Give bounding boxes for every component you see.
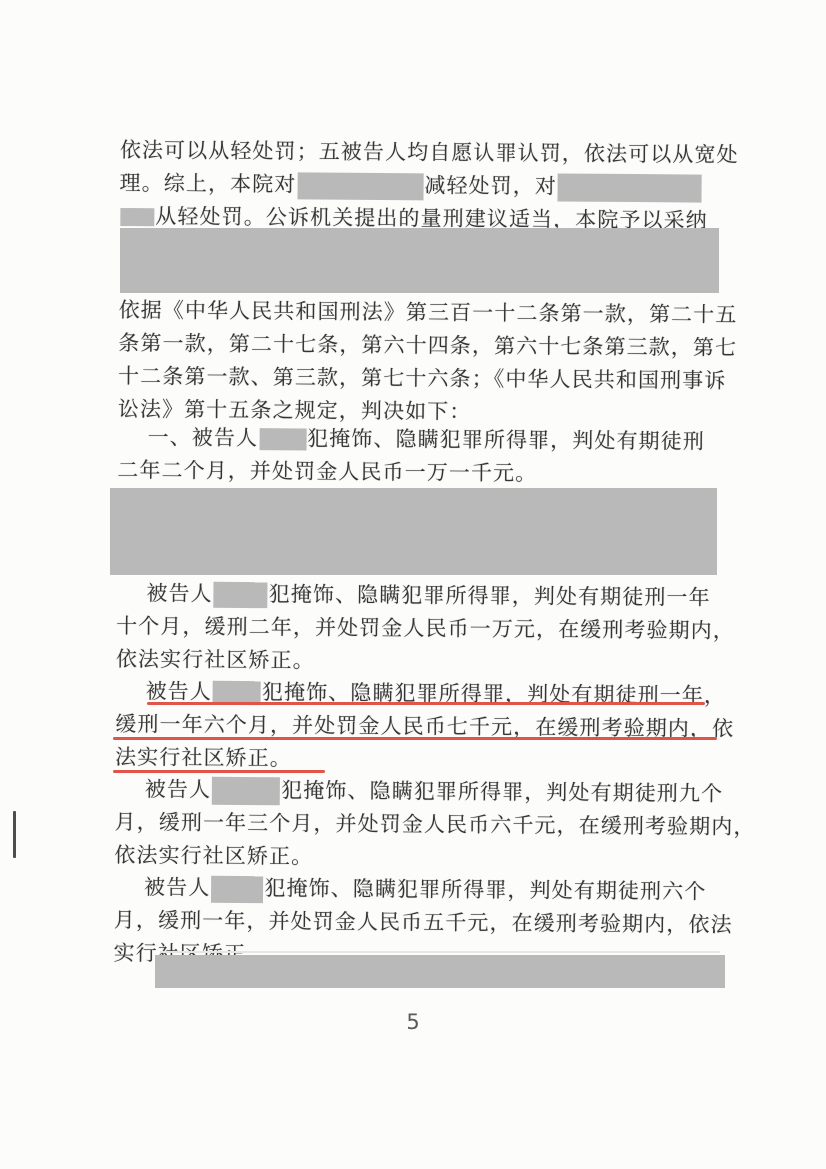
scan-streak	[160, 951, 720, 953]
paragraph-verdict-item-4: 被告人犯掩饰、隐瞒犯罪所得罪，判处有期徒刑九个月，缓刑一年三个月，并处罚金人民币…	[114, 773, 725, 877]
text-line: 月，缓刑一年，并处罚金人民币五千元，在缓刑考验期内，依法	[114, 904, 724, 942]
text-run: 减轻处罚，对	[424, 173, 557, 198]
red-underline	[113, 737, 717, 740]
text-run: 依法可以从轻处罚；五被告人均自愿认罪认罚，依法可以从宽处	[120, 138, 739, 167]
redaction-box	[259, 428, 306, 450]
redaction-block-middle	[110, 488, 717, 575]
text-run: 犯掩饰、隐瞒犯罪所得罪，判处有期徒刑九个	[281, 778, 723, 805]
text-run: 犯掩饰、隐瞒犯罪所得罪，判处有期徒刑六个	[264, 876, 706, 903]
redaction-box	[214, 582, 268, 608]
paragraph-verdict-item-3-underlined: 被告人犯掩饰、隐瞒犯罪所得罪，判处有期徒刑一年，缓刑一年六个月，并处罚金人民币七…	[115, 675, 726, 779]
text-line: 被告人犯掩饰、隐瞒犯罪所得罪，判处有期徒刑一年，	[115, 675, 725, 713]
redaction-block-top	[120, 228, 719, 293]
text-line: 二年二个月，并处罚金人民币一万一千元。	[117, 454, 727, 492]
text-line: 一、被告人犯掩饰、隐瞒犯罪所得罪，判处有期徒刑	[117, 421, 727, 459]
text-run: 月，缓刑一年三个月，并处罚金人民币六千元，在缓刑考验期内，	[115, 810, 756, 839]
redaction-box	[212, 777, 280, 806]
page-number: 5	[0, 1006, 826, 1039]
paragraph-statute-basis: 依据《中华人民共和国刑法》第三百一十二条第一款，第二十五条第一款，第二十七条，第…	[118, 294, 729, 431]
text-run: 月，缓刑一年，并处罚金人民币五千元，在缓刑考验期内，依法	[114, 908, 733, 937]
redaction-box	[211, 875, 263, 902]
text-line: 条第一款，第二十七条，第六十四条，第六十七条第三款，第七	[118, 327, 728, 365]
text-run: 被告人	[145, 777, 211, 802]
text-line: 十二条第一款、第三款，第七十六条；《中华人民共和国刑事诉	[118, 360, 728, 398]
paragraph-verdict-item-2: 被告人犯掩饰、隐瞒犯罪所得罪，判处有期徒刑一年十个月，缓刑二年，并处罚金人民币一…	[116, 577, 727, 681]
text-run: 依据《中华人民共和国刑法》第三百一十二条第一款，第二十五	[119, 298, 738, 327]
redaction-box	[120, 208, 154, 226]
text-run: 法实行社区矫正。	[115, 745, 292, 770]
text-line: 缓刑一年六个月，并处罚金人民币七千元，在缓刑考验期内，依	[115, 708, 725, 746]
scanned-document-page: 依法可以从轻处罚；五被告人均自愿认罪认罚，依法可以从宽处理。综上，本院对减轻处罚…	[0, 0, 826, 1169]
text-run: 一、被告人	[148, 425, 259, 450]
text-line: 月，缓刑一年三个月，并处罚金人民币六千元，在缓刑考验期内，	[114, 806, 724, 844]
text-run: 犯掩饰、隐瞒犯罪所得罪，判处有期徒刑	[307, 426, 705, 453]
redaction-box	[297, 172, 423, 200]
text-run: 理。综上，本院对	[120, 171, 297, 196]
text-line: 被告人犯掩饰、隐瞒犯罪所得罪，判处有期徒刑一年	[116, 577, 726, 615]
redaction-block-bottom	[155, 955, 725, 988]
red-underline	[113, 770, 325, 773]
text-line: 十个月，缓刑二年，并处罚金人民币一万元，在缓刑考验期内，	[116, 610, 726, 648]
red-underline	[147, 702, 705, 705]
text-run: 十个月，缓刑二年，并处罚金人民币一万元，在缓刑考验期内，	[116, 614, 735, 643]
text-line: 依法可以从轻处罚；五被告人均自愿认罪认罚，依法可以从宽处	[120, 134, 730, 172]
text-run: 条第一款，第二十七条，第六十四条，第六十七条第三款，第七	[118, 331, 737, 360]
text-run: 被告人	[144, 875, 210, 900]
text-line: 被告人犯掩饰、隐瞒犯罪所得罪，判处有期徒刑九个	[115, 773, 725, 811]
paragraph-reasoning: 依法可以从轻处罚；五被告人均自愿认罪认罚，依法可以从宽处理。综上，本院对减轻处罚…	[119, 134, 730, 238]
text-run: 被告人	[146, 679, 212, 704]
text-run: 被告人	[146, 581, 212, 606]
scan-mark	[13, 811, 16, 858]
text-run: 犯掩饰、隐瞒犯罪所得罪，判处有期徒刑一年	[269, 582, 711, 609]
text-line: 理。综上，本院对减轻处罚，对	[119, 167, 729, 205]
text-line: 被告人犯掩饰、隐瞒犯罪所得罪，判处有期徒刑六个	[114, 871, 724, 909]
text-run: 依法实行社区矫正。	[114, 843, 313, 869]
text-run: 十二条第一款、第三款，第七十六条；《中华人民共和国刑事诉	[118, 364, 726, 393]
paragraph-verdict-item-1: 一、被告人犯掩饰、隐瞒犯罪所得罪，判处有期徒刑二年二个月，并处罚金人民币一万一千…	[117, 421, 727, 492]
text-run: 二年二个月，并处罚金人民币一万一千元。	[117, 458, 537, 485]
text-run: 依法实行社区矫正。	[116, 647, 315, 673]
redaction-box	[558, 173, 702, 202]
text-line: 依据《中华人民共和国刑法》第三百一十二条第一款，第二十五	[118, 294, 728, 332]
text-run: 讼法》第十五条之规定，判决如下：	[118, 397, 472, 424]
